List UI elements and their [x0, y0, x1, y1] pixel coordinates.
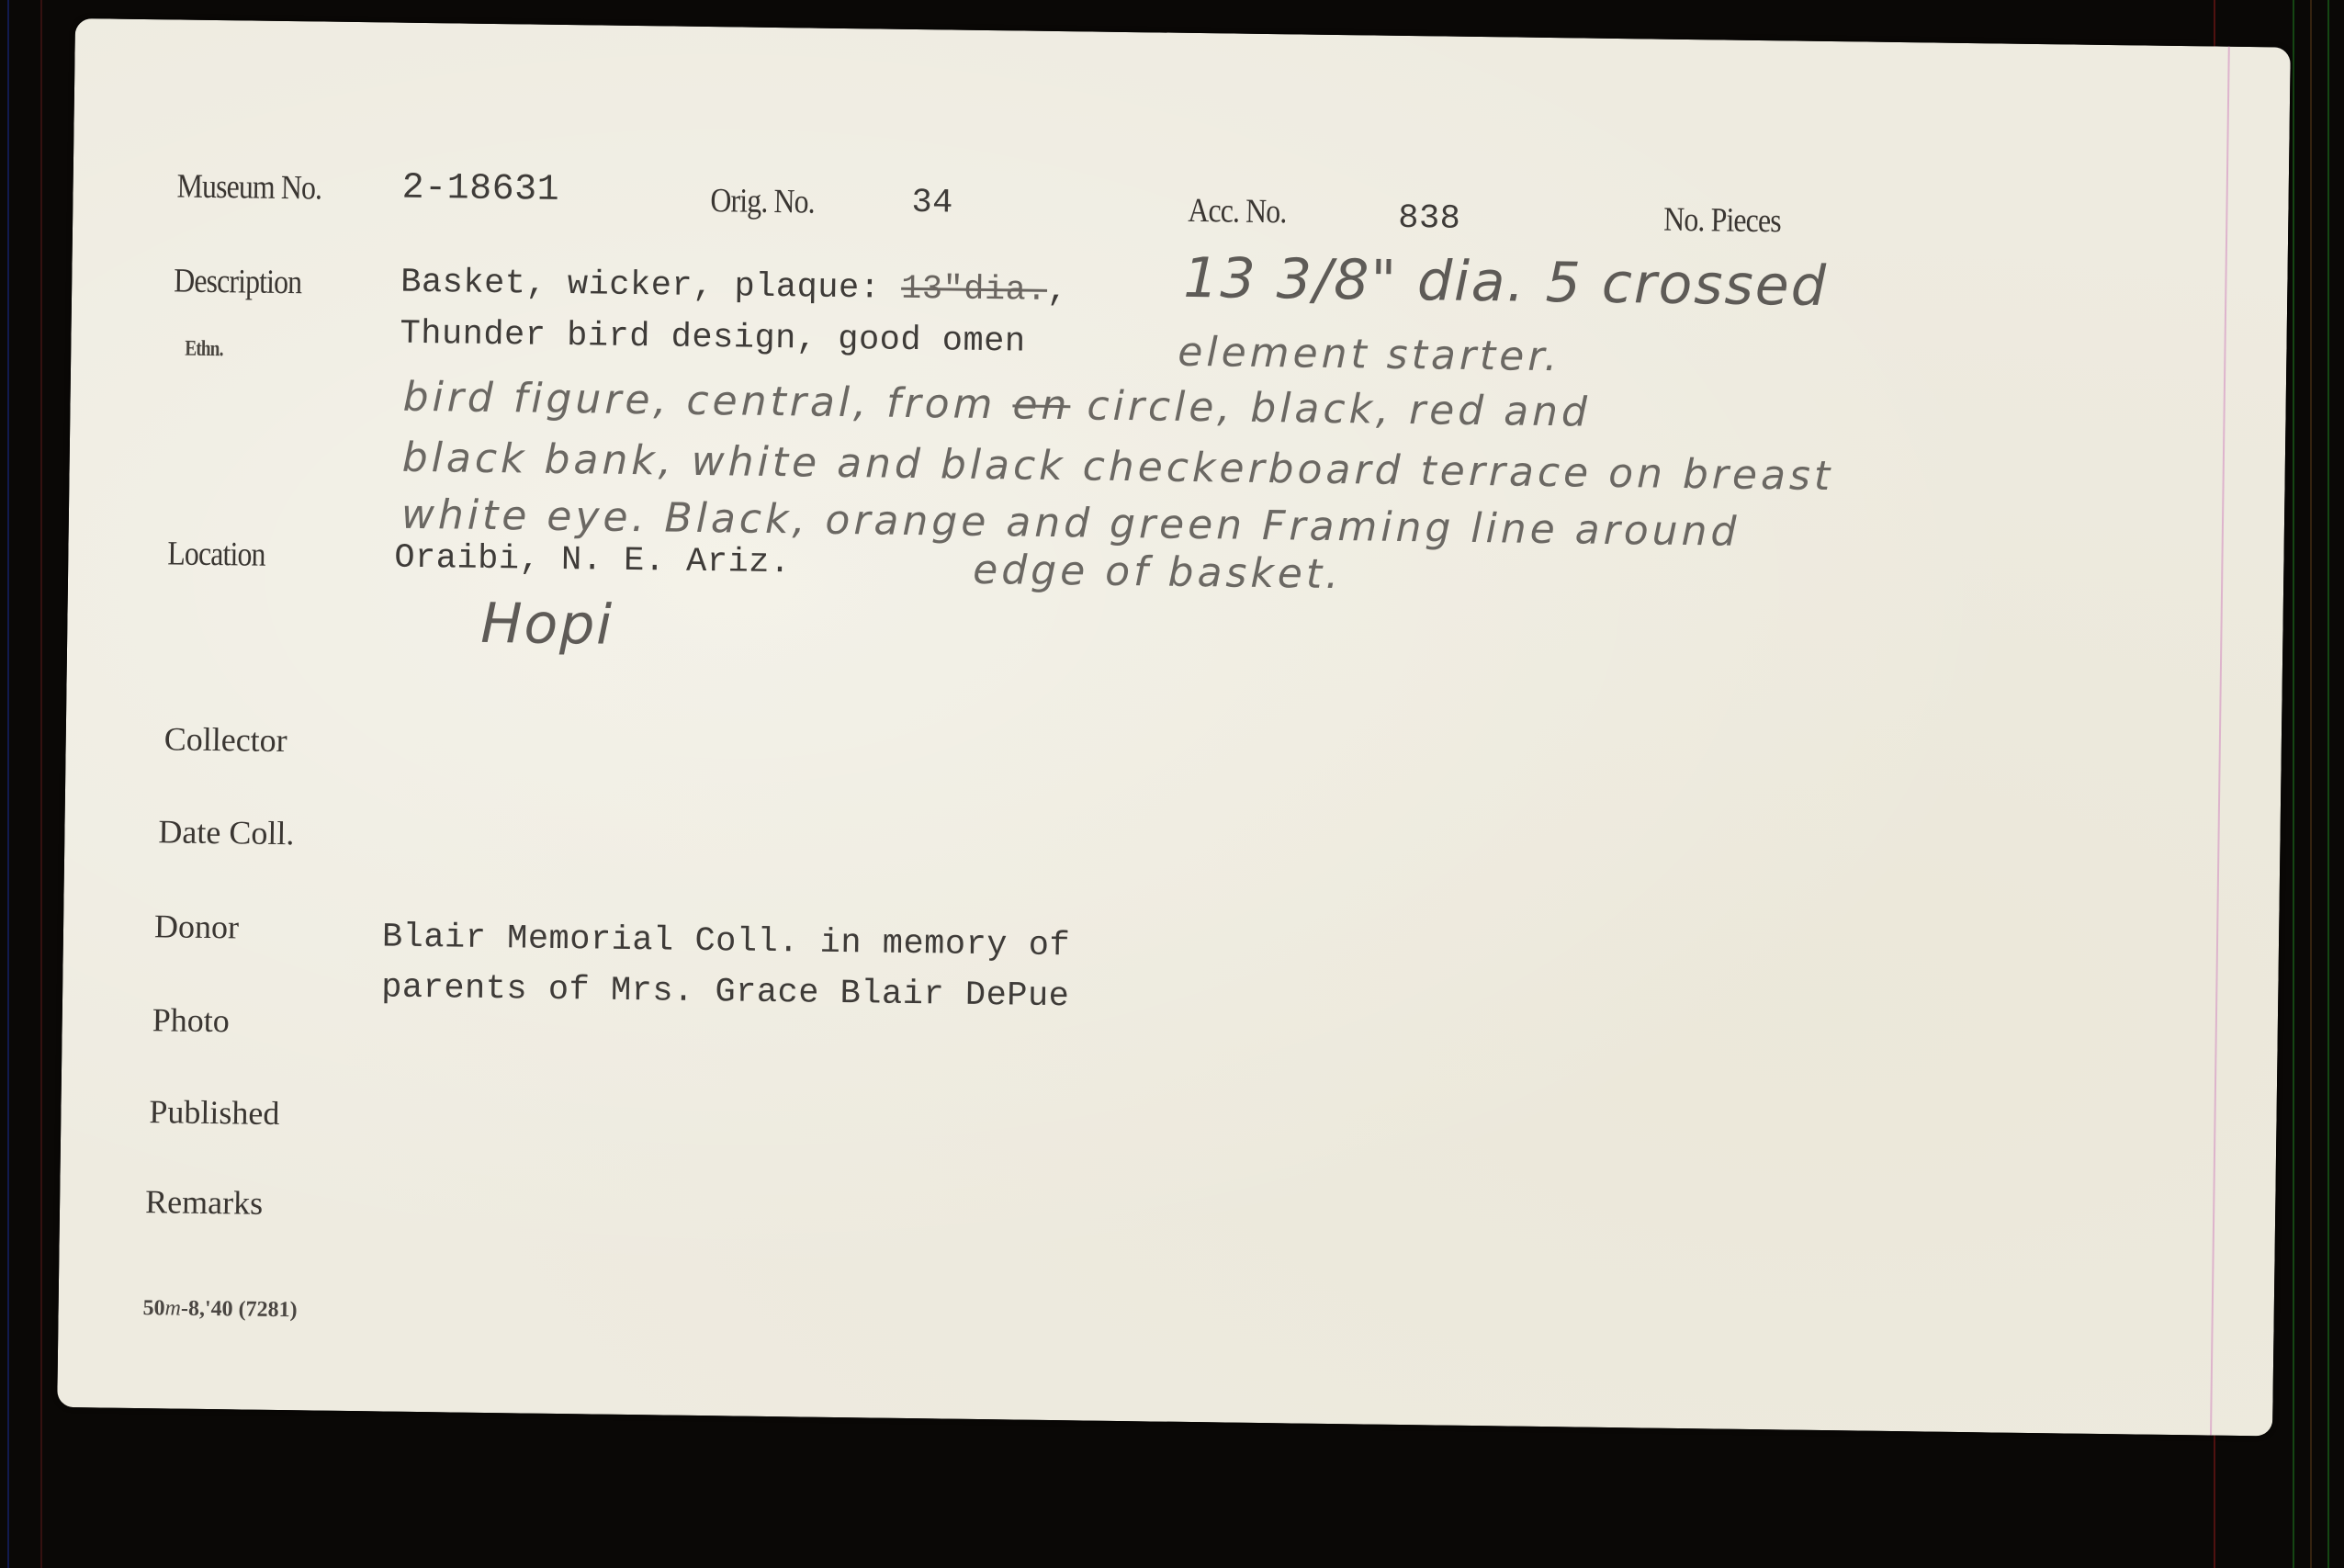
- form-code-italic: m: [164, 1296, 181, 1320]
- description-typed-line-2: Thunder bird design, good omen: [400, 315, 1026, 362]
- donor-line-1: Blair Memorial Coll. in memory of: [382, 918, 1071, 965]
- location-label: Location: [167, 534, 265, 574]
- handwritten-checkerboard: black bank, white and black checkerboard: [401, 434, 1403, 494]
- scan-artifact-line: [2310, 0, 2312, 1568]
- handwritten-struck: en: [1012, 381, 1071, 429]
- date-coll-label: Date Coll.: [158, 812, 295, 852]
- remarks-label: Remarks: [145, 1182, 264, 1223]
- orig-no-label: Orig. No.: [710, 181, 815, 221]
- form-code-prefix: 50: [142, 1296, 164, 1320]
- handwritten-framing-line: Framing line around: [1262, 502, 1741, 556]
- collector-label: Collector: [163, 719, 287, 760]
- handwritten-hopi: Hopi: [480, 592, 614, 658]
- handwritten-diameter: 13 3/8" dia. 5 crossed: [1183, 246, 1828, 319]
- location-value: Oraibi, N. E. Ariz.: [394, 539, 791, 583]
- form-code-suffix: -8,'40 (7281): [181, 1297, 298, 1323]
- handwritten-line-3: bird figure, central, from en circle, bl…: [402, 374, 1591, 436]
- margin-rule: [2210, 47, 2230, 1436]
- description-comma: ,: [1047, 272, 1068, 310]
- handwritten-bird-figure: bird figure, central, from: [402, 374, 996, 428]
- orig-no-value: 34: [911, 184, 953, 223]
- donor-label: Donor: [154, 907, 240, 946]
- donor-line-2: parents of Mrs. Grace Blair DePue: [381, 968, 1070, 1016]
- handwritten-edge-of-basket: edge of basket.: [973, 547, 1343, 598]
- photo-label: Photo: [152, 1000, 230, 1040]
- handwritten-circle: circle, black, red and: [1087, 382, 1591, 435]
- published-label: Published: [149, 1092, 280, 1133]
- no-pieces-label: No. Pieces: [1663, 200, 1781, 242]
- handwritten-element-starter: element starter.: [1178, 329, 1561, 380]
- handwritten-line-4: black bank, white and black checkerboard…: [401, 434, 1833, 500]
- description-struck-text: 13"dia.: [901, 270, 1047, 310]
- scan-artifact-line: [2293, 0, 2294, 1568]
- scan-artifact-line: [7, 0, 9, 1568]
- acc-no-label: Acc. No.: [1188, 191, 1287, 231]
- museum-no-value: 2-18631: [401, 168, 559, 211]
- description-text: Basket, wicker, plaque:: [400, 264, 881, 309]
- scan-artifact-line: [40, 0, 42, 1568]
- description-label: Description: [174, 261, 302, 302]
- scan-artifact-line: [2327, 0, 2329, 1568]
- ethn-label: Ethn.: [185, 337, 223, 363]
- handwritten-terrace: terrace on breast: [1420, 447, 1833, 500]
- museum-no-label: Museum No.: [176, 166, 321, 208]
- acc-no-value: 838: [1398, 199, 1461, 239]
- form-code: 50m-8,'40 (7281): [142, 1296, 297, 1323]
- description-typed-line-1: Basket, wicker, plaque: 13"dia.,: [400, 264, 1068, 311]
- catalog-card: Museum No. 2-18631 Orig. No. 34 Acc. No.…: [57, 18, 2291, 1436]
